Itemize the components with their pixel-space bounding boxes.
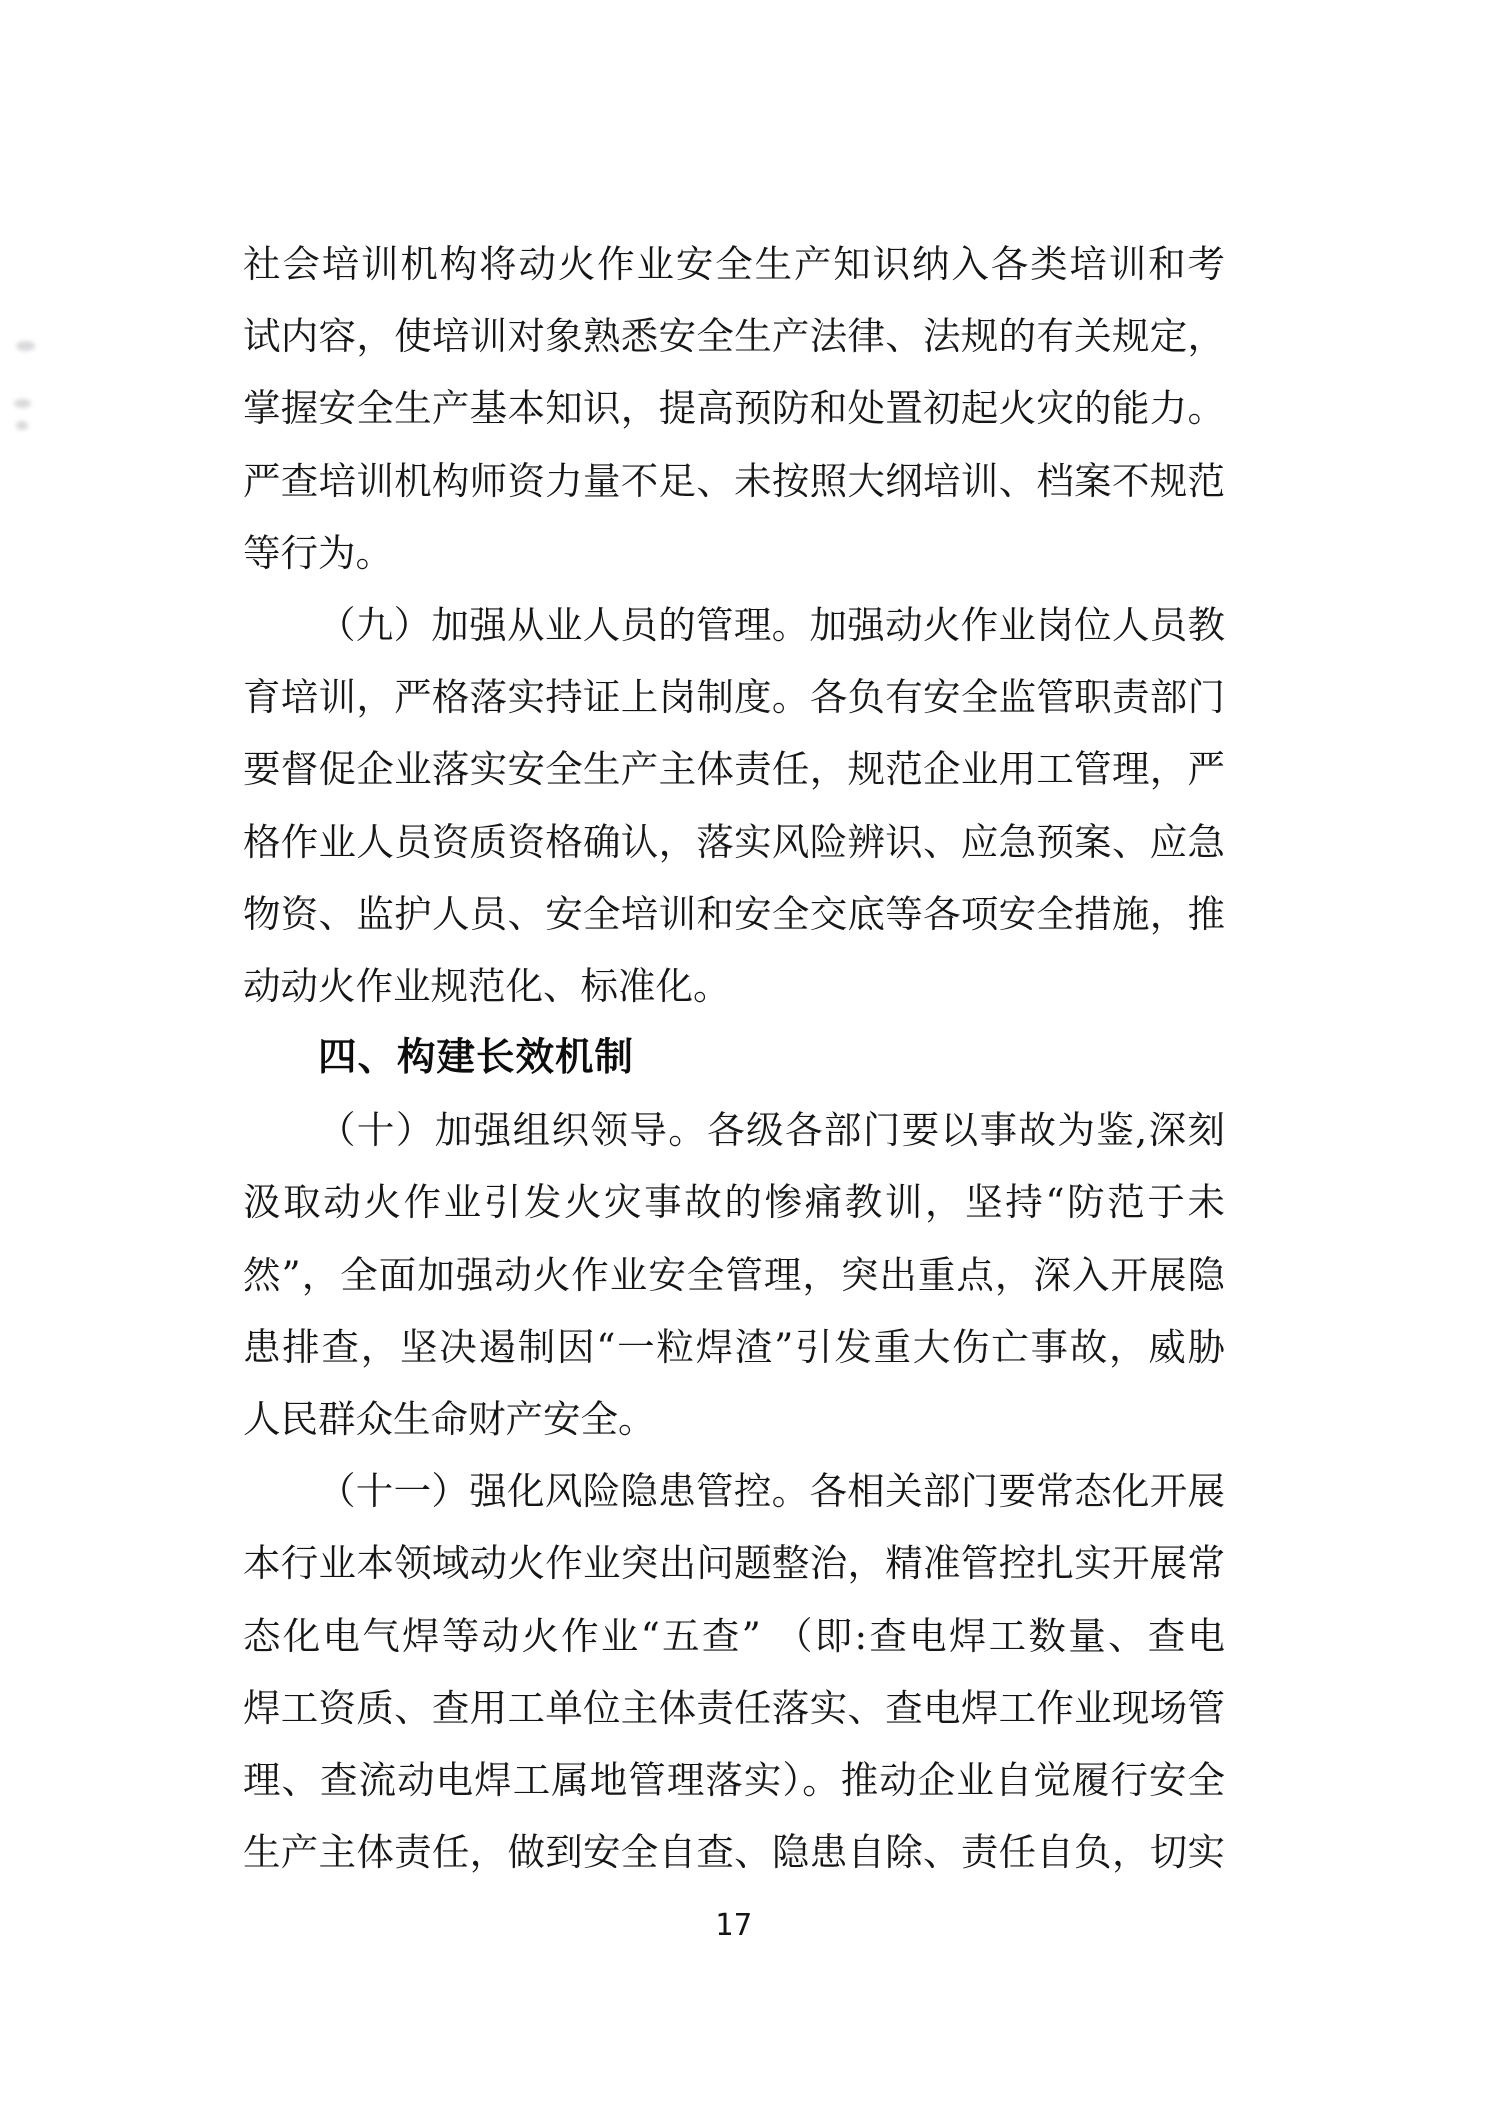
scan-artifact	[16, 421, 28, 430]
text-line: 然”，全面加强动火作业安全管理，突出重点，深入开展隐	[243, 1239, 1225, 1311]
text-line: 社会培训机构将动火作业安全生产知识纳入各类培训和考	[243, 228, 1225, 300]
text-line: 严查培训机构师资力量不足、未按照大纲培训、档案不规范	[243, 445, 1225, 517]
section-heading: 四、构建长效机制	[243, 1022, 1225, 1094]
text-line: 焊工资质、查用工单位主体责任落实、查电焊工作业现场管	[243, 1672, 1225, 1744]
text-line: 要督促企业落实安全生产主体责任，规范企业用工管理，严	[243, 733, 1225, 805]
page-number: 17	[243, 1908, 1225, 1943]
scan-artifact	[16, 341, 35, 351]
text-line: 患排查，坚决遏制因“一粒焊渣”引发重大伤亡事故，威胁	[243, 1311, 1225, 1383]
text-line: （九）加强从业人员的管理。加强动火作业岗位人员教	[243, 589, 1225, 661]
text-line: 动动火作业规范化、标准化。	[243, 950, 1225, 1022]
text-line: （十）加强组织领导。各级各部门要以事故为鉴,深刻	[243, 1094, 1225, 1166]
text-line: 理、查流动电焊工属地管理落实）。推动企业自觉履行安全	[243, 1744, 1225, 1816]
text-line: 物资、监护人员、安全培训和安全交底等各项安全措施，推	[243, 878, 1225, 950]
document-page: 社会培训机构将动火作业安全生产知识纳入各类培训和考 试内容，使培训对象熟悉安全生…	[0, 0, 1488, 2104]
text-line: 人民群众生命财产安全。	[243, 1383, 1225, 1455]
text-line: 育培训，严格落实持证上岗制度。各负有安全监管职责部门	[243, 661, 1225, 733]
text-line: 试内容，使培训对象熟悉安全生产法律、法规的有关规定，	[243, 300, 1225, 372]
text-line: 态化电气焊等动火作业“五查” （即:查电焊工数量、查电	[243, 1600, 1225, 1672]
body-text: 社会培训机构将动火作业安全生产知识纳入各类培训和考 试内容，使培训对象熟悉安全生…	[243, 228, 1225, 1888]
text-line: （十一）强化风险隐患管控。各相关部门要常态化开展	[243, 1455, 1225, 1527]
text-line: 本行业本领域动火作业突出问题整治，精准管控扎实开展常	[243, 1527, 1225, 1599]
text-line: 格作业人员资质资格确认，落实风险辨识、应急预案、应急	[243, 806, 1225, 878]
text-line: 等行为。	[243, 517, 1225, 589]
text-line: 汲取动火作业引发火灾事故的惨痛教训，坚持“防范于未	[243, 1166, 1225, 1238]
text-line: 掌握安全生产基本知识，提高预防和处置初起火灾的能力。	[243, 372, 1225, 444]
text-line: 生产主体责任，做到安全自查、隐患自除、责任自负，切实	[243, 1816, 1225, 1888]
scan-artifact	[14, 399, 31, 408]
